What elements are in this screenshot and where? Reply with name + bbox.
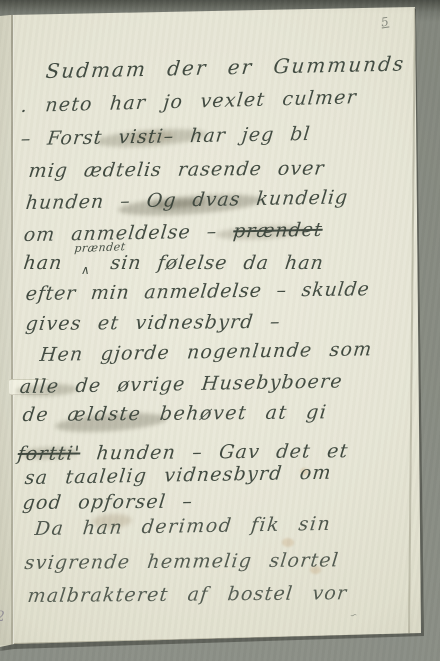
handwritten-text: . neto har jo vexlet culmer	[20, 86, 358, 117]
handwritten-line: efter min anmeldelse – skulde	[25, 278, 371, 305]
handwritten-text: han	[22, 252, 80, 274]
handwritten-line: sa taalelig vidnesbyrd om	[24, 462, 333, 489]
handwritten-text: sin følelse da han	[77, 252, 325, 274]
handwritten-text: de ældste behøvet at gi	[21, 401, 328, 426]
handwritten-text: gives et vidnesbyrd –	[24, 311, 282, 335]
handwritten-line: . neto har jo vexlet culmer	[20, 86, 358, 117]
handwritten-text: sa taalelig vidnesbyrd om	[24, 462, 333, 489]
handwritten-text: Sudmam der er Gummunds	[45, 51, 407, 83]
handwritten-text: efter min anmeldelse – skulde	[25, 278, 371, 305]
handwritten-text: om anmeldelse –	[23, 220, 235, 246]
handwritten-line: han sin følelse da han	[22, 252, 325, 274]
struck-word: fortti'	[16, 442, 81, 465]
paper-right-edge	[408, 8, 416, 635]
handwritten-line: Sudmam der er Gummunds	[45, 51, 407, 83]
handwritten-text: svigrende hemmelig slortel	[23, 549, 340, 574]
left-page-edge	[0, 15, 11, 645]
handwritten-line: svigrende hemmelig slortel	[23, 549, 340, 574]
handwritten-text: god opforsel –	[21, 491, 194, 515]
manuscript-page: 5 Sudmam der er Gummunds. neto har jo ve…	[0, 0, 440, 661]
handwritten-line: Hen gjorde nogenlunde som	[39, 338, 374, 366]
handwritten-text: Da han derimod fik sin	[34, 513, 333, 540]
handwritten-text: hunden – Og dvas kundelig	[25, 186, 350, 214]
handwritten-line: – Forst visti– har jeg bl	[20, 123, 312, 150]
handwritten-text: Hen gjorde nogenlunde som	[39, 338, 374, 366]
handwritten-line: hunden – Og dvas kundelig	[25, 186, 350, 214]
handwritten-text: hunden – Gav det et	[79, 440, 350, 464]
page-fold-highlight	[13, 15, 14, 645]
handwritten-line: malbrakteret af bostel vor	[26, 582, 348, 607]
handwritten-line: gives et vidnesbyrd –	[24, 311, 282, 335]
archival-pencil-number: 2	[0, 609, 5, 625]
struck-word: prændet	[232, 219, 324, 243]
page-number: 5	[380, 15, 390, 30]
scan-stage: 5 Sudmam der er Gummunds. neto har jo ve…	[0, 0, 440, 661]
handwritten-text: mig ædtelis rasende over	[27, 157, 325, 182]
handwritten-line: mig ædtelis rasende over	[27, 157, 325, 182]
handwritten-text: alle de øvrige Husebyboere	[19, 370, 344, 398]
corner-pencil-mark: ∽	[349, 610, 358, 621]
handwritten-line: Da han derimod fik sin	[34, 513, 333, 540]
handwritten-text: malbrakteret af bostel vor	[26, 582, 348, 607]
handwritten-text: – Forst visti– har jeg bl	[20, 123, 312, 150]
foxing-stain	[282, 538, 294, 547]
handwritten-line: god opforsel –	[21, 491, 194, 515]
handwritten-line: de ældste behøvet at gi	[21, 401, 328, 426]
handwritten-line: om anmeldelse – prændet	[23, 219, 324, 246]
handwritten-line: alle de øvrige Husebyboere	[19, 370, 344, 398]
